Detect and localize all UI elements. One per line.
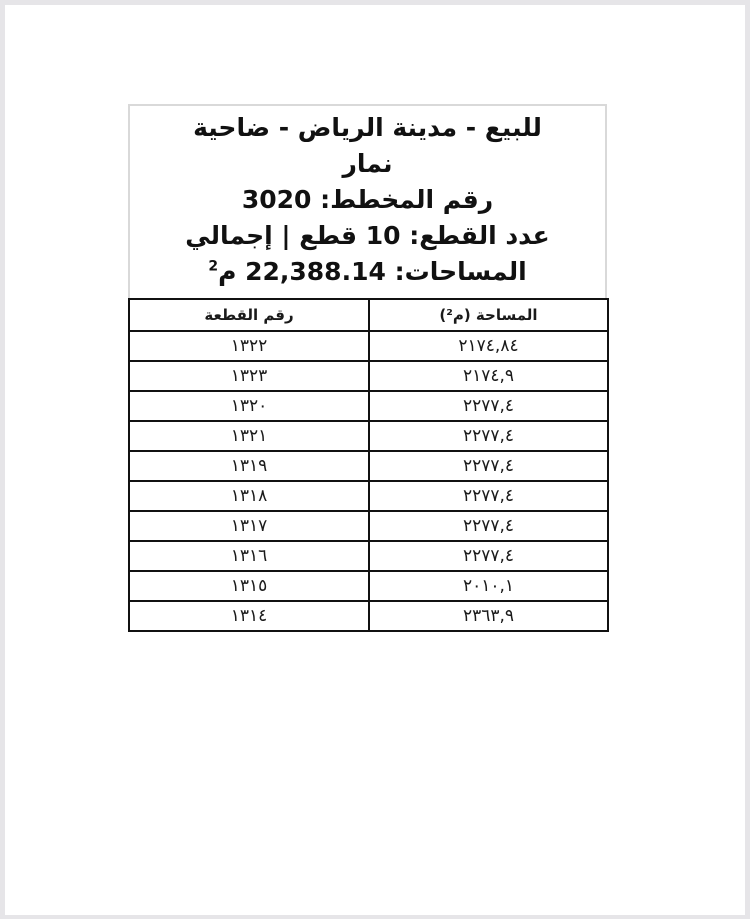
cell-area: ٢٢٧٧,٤ xyxy=(369,541,608,571)
total-area-label: المساحات: xyxy=(395,257,527,286)
cell-plot-number: ١٣٢٢ xyxy=(129,331,369,361)
listing-title: للبيع - مدينة الرياض - ضاحية xyxy=(130,110,605,146)
cell-area: ٢٢٧٧,٤ xyxy=(369,481,608,511)
cell-plot-number: ١٣١٦ xyxy=(129,541,369,571)
document-page: للبيع - مدينة الرياض - ضاحية نمار رقم ال… xyxy=(5,5,745,915)
table-row: ٢٣٦٣,٩ ١٣١٤ xyxy=(129,601,608,631)
cell-area: ٢١٧٤,٨٤ xyxy=(369,331,608,361)
table-row: ٢٠١٠,١ ١٣١٥ xyxy=(129,571,608,601)
total-area: المساحات: 22,388.14 م2 xyxy=(130,254,605,290)
cell-plot-number: ١٣١٨ xyxy=(129,481,369,511)
table-row: ٢١٧٤,٩ ١٣٢٣ xyxy=(129,361,608,391)
table-row: ٢٢٧٧,٤ ١٣٢٠ xyxy=(129,391,608,421)
table-row: ٢٢٧٧,٤ ١٣١٧ xyxy=(129,511,608,541)
cell-plot-number: ١٣١٤ xyxy=(129,601,369,631)
listing-header: للبيع - مدينة الرياض - ضاحية نمار رقم ال… xyxy=(128,104,607,298)
column-header-area: المساحة (م²) xyxy=(369,299,608,331)
plots-table: المساحة (م²) رقم القطعة ٢١٧٤,٨٤ ١٣٢٢ ٢١٧… xyxy=(128,298,609,632)
cell-area: ٢٢٧٧,٤ xyxy=(369,511,608,541)
total-area-unit: م xyxy=(218,257,236,286)
table-row: ٢٢٧٧,٤ ١٣٢١ xyxy=(129,421,608,451)
total-area-value: 22,388.14 xyxy=(245,257,386,286)
cell-area: ٢٢٧٧,٤ xyxy=(369,421,608,451)
listing-district: نمار xyxy=(130,146,605,182)
cell-area: ٢١٧٤,٩ xyxy=(369,361,608,391)
cell-area: ٢٠١٠,١ xyxy=(369,571,608,601)
column-header-plot-number: رقم القطعة xyxy=(129,299,369,331)
cell-plot-number: ١٣١٥ xyxy=(129,571,369,601)
table-header-row: المساحة (م²) رقم القطعة xyxy=(129,299,608,331)
table-row: ٢١٧٤,٨٤ ١٣٢٢ xyxy=(129,331,608,361)
table-row: ٢٢٧٧,٤ ١٣١٨ xyxy=(129,481,608,511)
cell-area: ٢٢٧٧,٤ xyxy=(369,451,608,481)
plot-count: عدد القطع: 10 قطع | إجمالي xyxy=(130,218,605,254)
table-row: ٢٢٧٧,٤ ١٣١٩ xyxy=(129,451,608,481)
cell-area: ٢٢٧٧,٤ xyxy=(369,391,608,421)
cell-plot-number: ١٣٢٠ xyxy=(129,391,369,421)
cell-plot-number: ١٣١٩ xyxy=(129,451,369,481)
cell-area: ٢٣٦٣,٩ xyxy=(369,601,608,631)
plan-number: رقم المخطط: 3020 xyxy=(130,182,605,218)
cell-plot-number: ١٣١٧ xyxy=(129,511,369,541)
total-area-unit-sup: 2 xyxy=(208,259,218,275)
cell-plot-number: ١٣٢١ xyxy=(129,421,369,451)
table-row: ٢٢٧٧,٤ ١٣١٦ xyxy=(129,541,608,571)
cell-plot-number: ١٣٢٣ xyxy=(129,361,369,391)
